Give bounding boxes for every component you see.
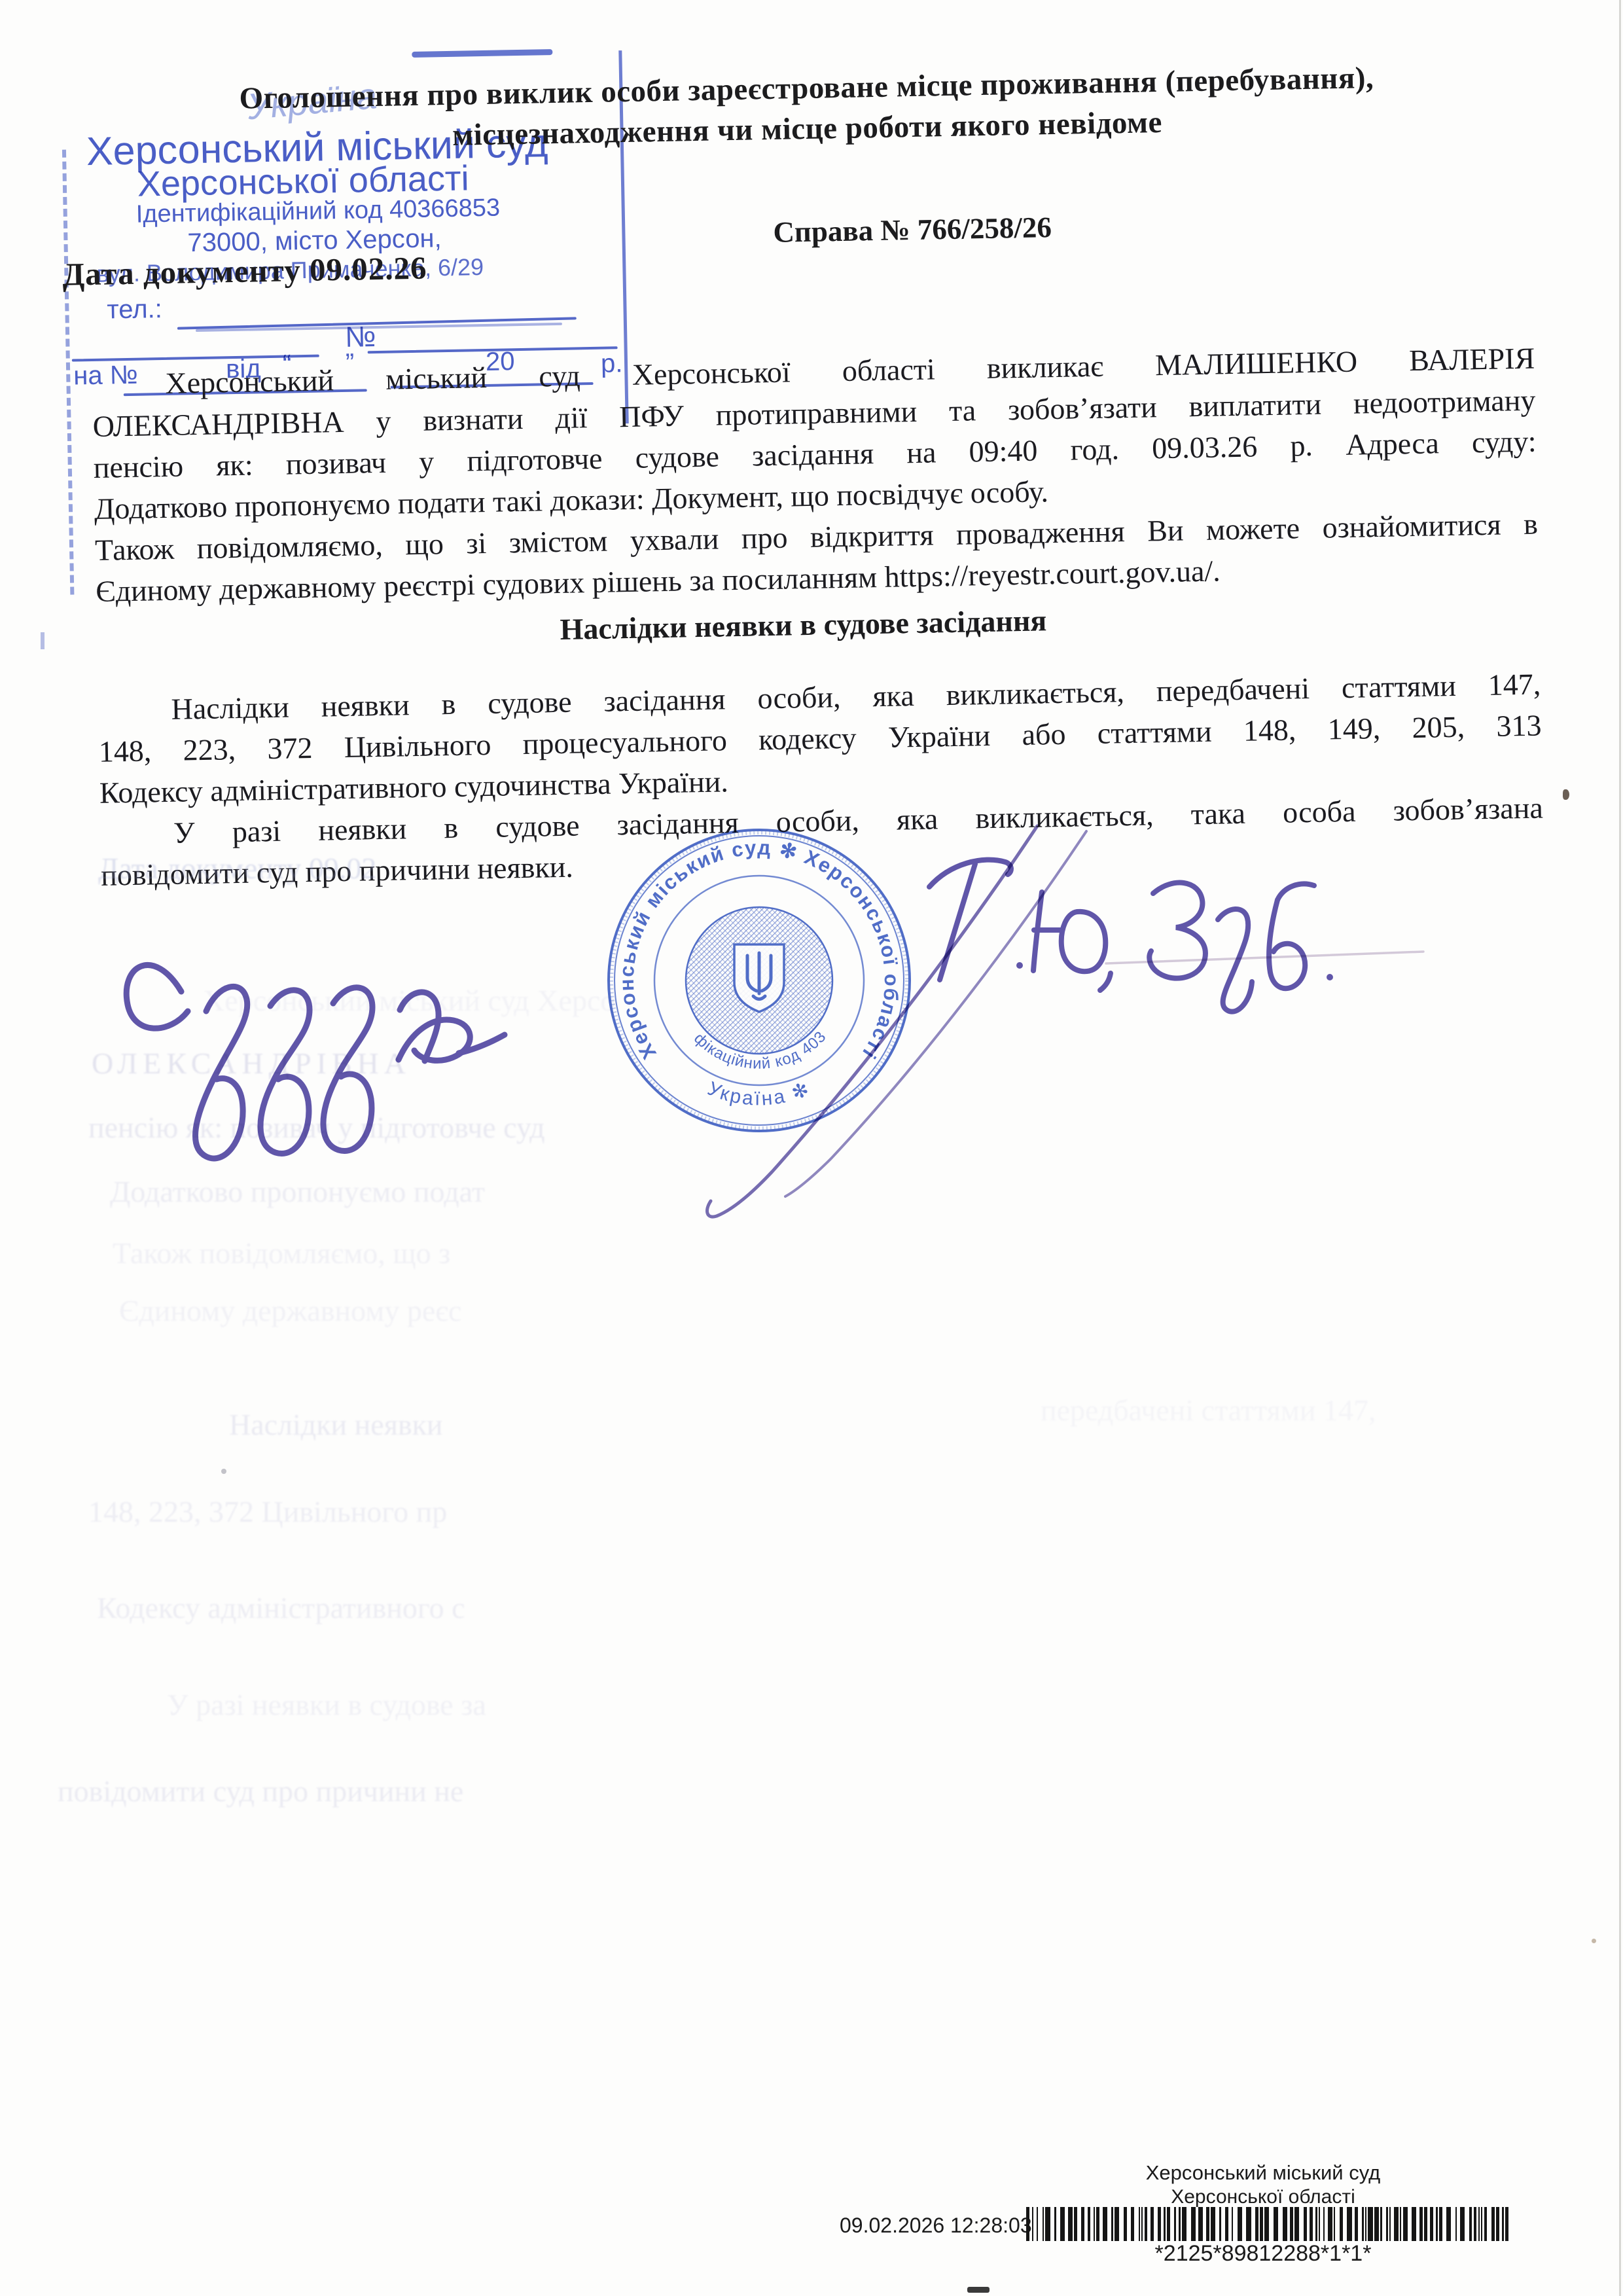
scan-speck	[967, 2287, 990, 2293]
stamp-id-line: Ідентифікаційний код 40366853	[135, 194, 500, 229]
office-stamp: Україна Херсонський міський суд Херсонсь…	[0, 0, 1616, 2]
pen-strokes	[641, 812, 1459, 1237]
scan-edge-line	[1619, 0, 1621, 2296]
barcode	[1026, 2207, 1509, 2241]
ghost-line: передбачені статтями 147,	[1041, 1393, 1376, 1427]
scan-speck	[1592, 1939, 1596, 1943]
ghost-line: Наслідки неявки	[229, 1407, 443, 1442]
document-title-line1: Оголошення про виклик особи зареєстрован…	[239, 60, 1374, 117]
ghost-line: повідомити суд про причини не	[58, 1774, 463, 1808]
ghost-line: 148, 223, 372 Цивільного пр	[88, 1494, 447, 1529]
footer-court-line1: Херсонський міський суд	[1146, 2161, 1381, 2185]
judge-signature	[108, 913, 514, 1194]
ghost-line: Єдиному державному реєс	[119, 1293, 461, 1328]
ghost-line: У разі неявки в судове за	[167, 1687, 486, 1722]
stamp-tel-label: тел.:	[107, 295, 162, 325]
scan-speck	[1563, 789, 1569, 800]
footer-timestamp: 09.02.2026 12:28:03	[840, 2214, 1032, 2238]
stamp-border-left	[62, 150, 74, 595]
ghost-line: Також повідомляємо, що з	[113, 1236, 450, 1270]
footer-court-line2: Херсонської області	[1171, 2186, 1355, 2208]
stamp-date-overlay: Дата документу 09.02.26	[62, 249, 427, 293]
document-title-line2: місцезнаходження чи місце роботи якого н…	[452, 105, 1163, 153]
ghost-line: Кодексу адміністративного с	[97, 1590, 465, 1625]
barcode-value: *2125*89812288*1*1*	[1155, 2241, 1372, 2267]
stamp-border-top	[412, 49, 552, 58]
scan-left-dash	[41, 632, 45, 649]
ghost-line: Дата документу 09.02	[98, 851, 376, 886]
scan-speck	[221, 1469, 226, 1474]
scanned-court-document: Україна Херсонський міський суд Херсонсь…	[0, 0, 1623, 2296]
section-heading: Наслідки неявки в судове засідання	[560, 603, 1047, 647]
case-number: Справа № 766/258/26	[773, 210, 1052, 249]
